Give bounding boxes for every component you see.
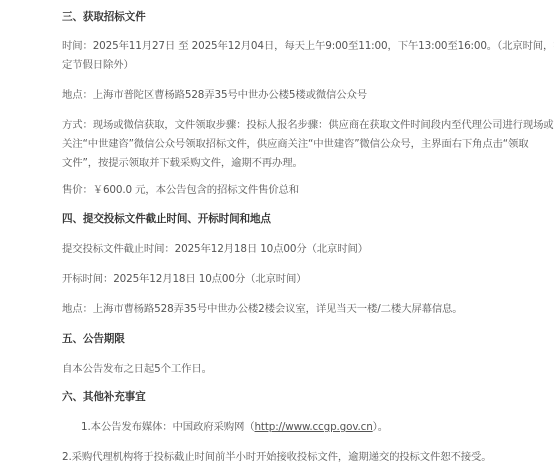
- s3-time-line-1: 时间：2025年11月27日 至 2025年12月04日，每天上午9:00至11…: [62, 39, 554, 53]
- section-6-heading: 六、其他补充事宜: [62, 390, 146, 404]
- announcement-document: 三、获取招标文件 时间：2025年11月27日 至 2025年12月04日，每天…: [0, 0, 554, 476]
- s3-method-line-3: 文件”，按提示领取并下载采购文件，逾期不再办理。: [62, 156, 303, 170]
- s6-item-1: 1.本公告发布媒体：中国政府采购网（http://www.ccgp.gov.cn…: [81, 420, 388, 434]
- s4-opening-time: 开标时间：2025年12月18日 10点00分（北京时间）: [62, 272, 307, 286]
- ccgp-link[interactable]: http://www.ccgp.gov.cn: [254, 421, 372, 433]
- s3-price: 售价：￥600.0 元，本公告包含的招标文件售价总和: [62, 183, 299, 197]
- section-4-heading: 四、提交投标文件截止时间、开标时间和地点: [62, 212, 271, 226]
- s5-period: 自本公告发布之日起5个工作日。: [62, 362, 212, 376]
- section-3-heading: 三、获取招标文件: [62, 10, 146, 24]
- s3-method-line-1: 方式：现场或微信获取，文件领取步骤：投标人报名步骤：供应商在获取文件时间段内至代…: [62, 118, 554, 132]
- s3-time-line-2: 定节假日除外）: [62, 58, 134, 72]
- s6-item-1-prefix: 1.本公告发布媒体：中国政府采购网（: [81, 421, 254, 433]
- s4-deadline: 提交投标文件截止时间：2025年12月18日 10点00分（北京时间）: [62, 242, 368, 256]
- section-5-heading: 五、公告期限: [62, 332, 125, 346]
- s3-method-line-2: 关注“中世建咨”微信公众号领取招标文件，供应商关注“中世建咨”微信公众号，主界面…: [62, 137, 529, 151]
- s4-location: 地点：上海市曹杨路528弄35号中世办公楼2楼会议室，详见当天一楼/二楼大屏幕信…: [62, 302, 463, 316]
- s3-location: 地点：上海市普陀区曹杨路528弄35号中世办公楼5楼或微信公众号: [62, 88, 367, 102]
- s6-item-1-suffix: ）。: [373, 421, 388, 433]
- s6-item-2: 2.采购代理机构将于投标截止时间前半小时开始接收投标文件，逾期递交的投标文件恕不…: [62, 450, 491, 464]
